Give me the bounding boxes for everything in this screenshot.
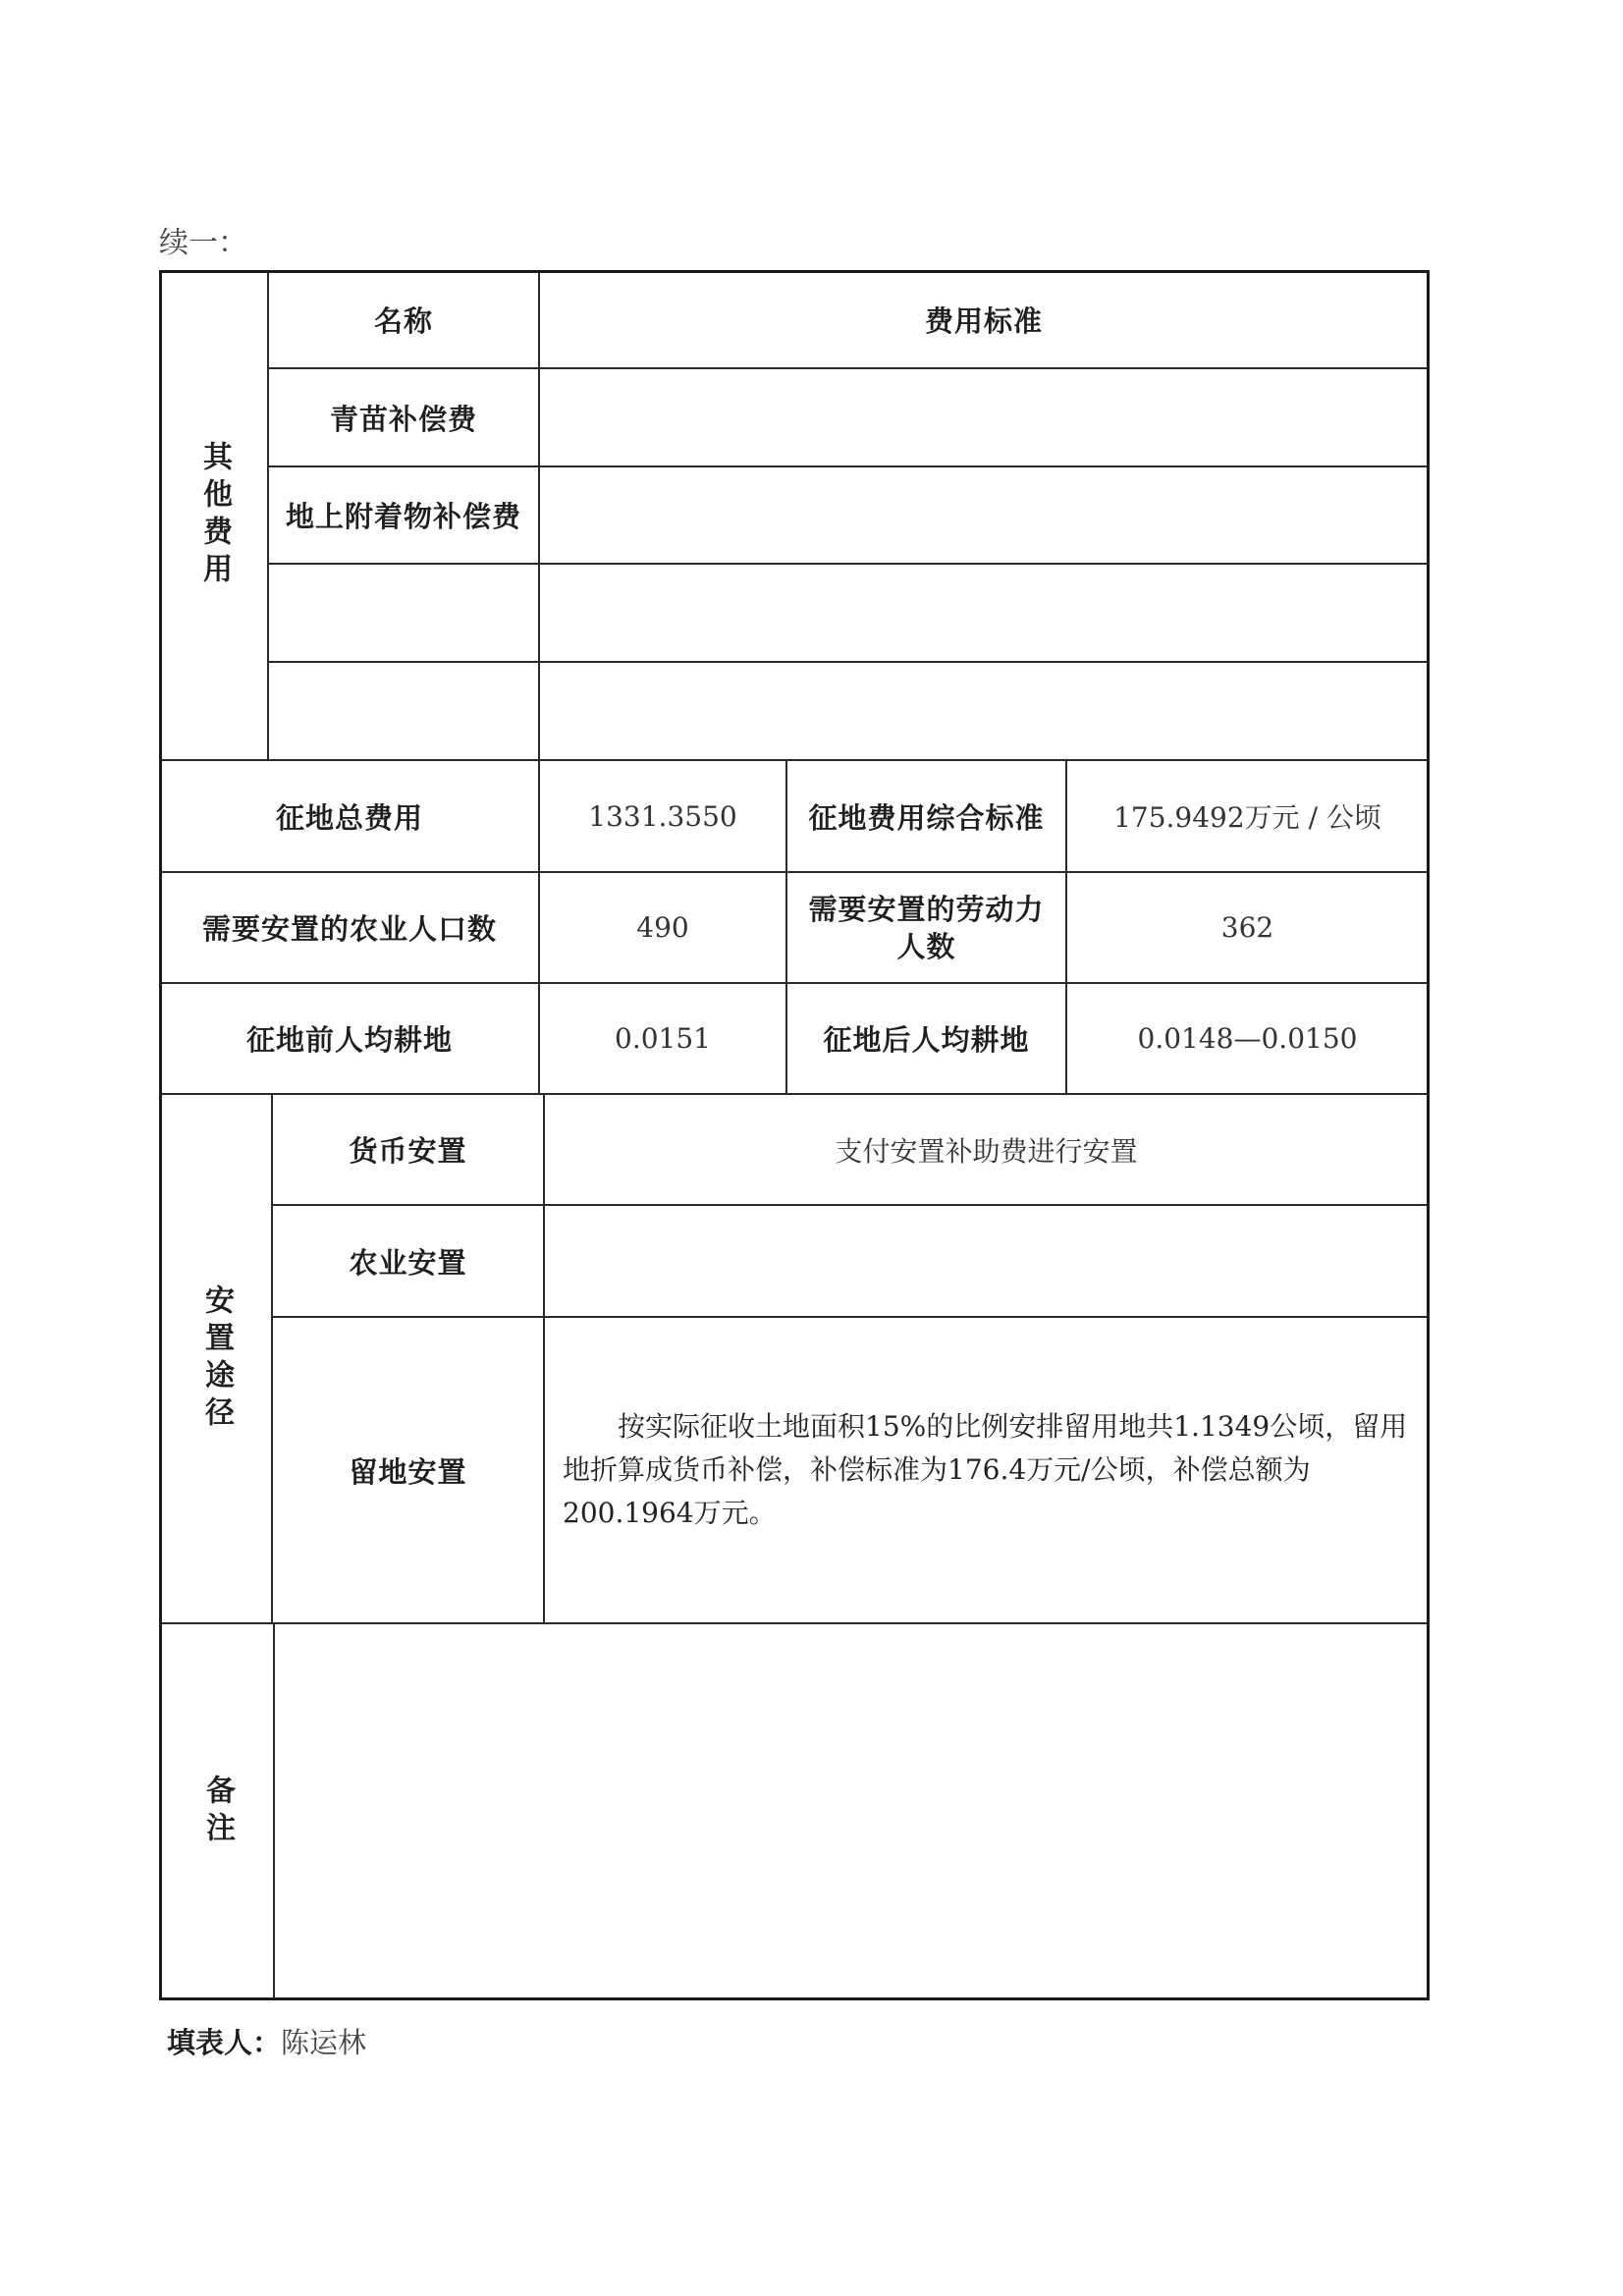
fee-row-name: 地上附着物补偿费 bbox=[267, 465, 540, 565]
summary-value: 362 bbox=[1065, 871, 1430, 984]
resettlement-group-label-cell: 安置途径 bbox=[159, 1093, 273, 1624]
retained-land-description: 按实际征收土地面积15%的比例安排留用地共1.1349公顷，留用地折算成货币补偿… bbox=[563, 1405, 1414, 1535]
remarks-label: 备注 bbox=[195, 1775, 239, 1849]
fee-row-name: 青苗补偿费 bbox=[267, 367, 540, 467]
fee-row-standard bbox=[538, 367, 1430, 467]
summary-value: 0.0148—0.0150 bbox=[1065, 982, 1430, 1095]
header-standard: 费用标准 bbox=[538, 270, 1430, 369]
resettlement-content: 支付安置补助费进行安置 bbox=[543, 1093, 1430, 1206]
remarks-label-cell: 备注 bbox=[159, 1622, 275, 2000]
summary-value: 490 bbox=[538, 871, 787, 984]
fee-row-name bbox=[267, 661, 540, 761]
summary-value: 1331.3550 bbox=[538, 759, 787, 873]
summary-label: 征地后人均耕地 bbox=[785, 982, 1067, 1095]
summary-label: 征地前人均耕地 bbox=[159, 982, 540, 1095]
fee-row-standard bbox=[538, 661, 1430, 761]
resettlement-content bbox=[543, 1204, 1430, 1318]
other-fees-group-label: 其他费用 bbox=[192, 441, 236, 590]
page-title: 续一： bbox=[159, 218, 247, 261]
resettlement-group-label: 安置途径 bbox=[194, 1285, 238, 1434]
summary-label: 征地总费用 bbox=[159, 759, 540, 873]
fee-row-standard bbox=[538, 465, 1430, 565]
header-name: 名称 bbox=[267, 270, 540, 369]
summary-label: 需要安置的劳动力人数 bbox=[785, 871, 1067, 984]
fee-row-name bbox=[267, 563, 540, 663]
summary-label: 需要安置的农业人口数 bbox=[159, 871, 540, 984]
resettlement-content: 按实际征收土地面积15%的比例安排留用地共1.1349公顷，留用地折算成货币补偿… bbox=[543, 1316, 1430, 1624]
remarks-content bbox=[273, 1622, 1430, 2000]
summary-label: 征地费用综合标准 bbox=[785, 759, 1067, 873]
footer: 填表人：陈运林 bbox=[167, 2021, 366, 2061]
resettlement-name: 货币安置 bbox=[271, 1093, 545, 1206]
summary-value: 175.9492万元 / 公顷 bbox=[1065, 759, 1430, 873]
resettlement-name: 农业安置 bbox=[271, 1204, 545, 1318]
resettlement-name: 留地安置 bbox=[271, 1316, 545, 1624]
filler-label: 填表人： bbox=[167, 2026, 281, 2059]
filler-name: 陈运林 bbox=[281, 2026, 366, 2059]
other-fees-group-label-cell: 其他费用 bbox=[159, 270, 269, 761]
fee-row-standard bbox=[538, 563, 1430, 663]
summary-value: 0.0151 bbox=[538, 982, 787, 1095]
